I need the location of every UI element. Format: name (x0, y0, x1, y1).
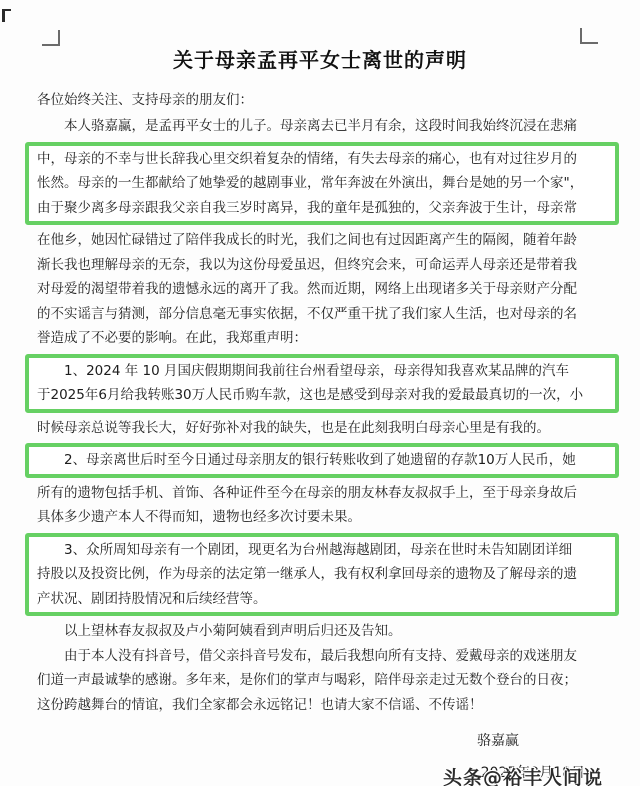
body-line: 时候母亲总说等我长大，好好弥补对我的缺失，也是在此刻我明白母亲心里是有我的。 (37, 416, 607, 441)
document-body: 本人骆嘉赢，是孟再平女士的儿子。母亲离去已半月有余，这段时间我始终沉浸在悲痛中，… (37, 114, 607, 717)
body-line: 誉造成了不必要的影响。在此，我郑重声明： (37, 326, 607, 351)
body-line: 渐长我也理解母亲的无奈，我以为这份母爱虽迟，但终究会来，可命运弄人母亲还是带着我 (37, 253, 607, 278)
text-block: 以上望林春友叔叔及卢小菊阿姨看到声明后归还及告知。 由于本人没有抖音号，借父亲抖… (37, 619, 607, 717)
body-line: 本人骆嘉赢，是孟再平女士的儿子。母亲离去已半月有余，这段时间我始终沉浸在悲痛 (37, 114, 607, 139)
body-line: 对母爱的渴望带着我的遗憾永远的离开了我。然而近期，网络上出现诸多关于母亲财产分配 (37, 277, 607, 302)
body-line: 2、母亲离世后时至今日通过母亲朋友的银行转账收到了她遗留的存款10万人民币，她 (37, 448, 607, 473)
date-line: 2025年9月18日 头条@裕丰人间说 (37, 761, 607, 786)
body-line: 所有的遗物包括手机、首饰、各种证件至今在母亲的朋友林春友叔叔手上，至于母亲身故后 (37, 481, 607, 506)
body-line: 1、2024 年 10 月国庆假期期间我前往台州看望母亲，母亲得知我喜欢某品牌的… (37, 359, 607, 384)
page-edge-artifact (2, 9, 11, 22)
body-line: 这份跨越舞台的情谊，我们全家都会永远铭记！也请大家不信谣、不传谣！ (37, 693, 607, 718)
text-block: 所有的遗物包括手机、首饰、各种证件至今在母亲的朋友林春友叔叔手上，至于母亲身故后… (37, 481, 607, 530)
document-content: 各位始终关注、支持母亲的朋友们： 本人骆嘉赢，是孟再平女士的儿子。母亲离去已半月… (0, 73, 640, 786)
body-line: 中，母亲的不幸与世长辞我心里交织着复杂的情绪，有失去母亲的痛心，也有对过往岁月的 (37, 147, 607, 172)
signature-name: 骆嘉赢 (37, 729, 607, 754)
highlighted-block: 2、母亲离世后时至今日通过母亲朋友的银行转账收到了她遗留的存款10万人民币，她 (25, 443, 619, 478)
document-title: 关于母亲孟再平女士离世的声明 (0, 0, 640, 73)
body-line: 以上望林春友叔叔及卢小菊阿姨看到声明后归还及告知。 (37, 619, 607, 644)
text-block: 时候母亲总说等我长大，好好弥补对我的缺失，也是在此刻我明白母亲心里是有我的。 (37, 416, 607, 441)
margin-corner-mark-right (580, 28, 598, 44)
body-line: 产状况、剧团持股情况和后续经营等。 (37, 587, 607, 612)
body-line: 于2025年6月给我转账30万人民币购车款，这也是感受到母亲对我的爱最最真切的一… (37, 383, 607, 408)
body-line: 3、众所周知母亲有一个剧团，现更名为台州越海越剧团，母亲在世时未告知剧团详细 (37, 538, 607, 563)
highlighted-block: 中，母亲的不幸与世长辞我心里交织着复杂的情绪，有失去母亲的痛心，也有对过往岁月的… (25, 142, 619, 226)
highlighted-block: 1、2024 年 10 月国庆假期期间我前往台州看望母亲，母亲得知我喜欢某品牌的… (25, 354, 619, 413)
body-line: 持股以及投资比例，作为母亲的法定第一继承人，我有权利拿回母亲的遗物及了解母亲的遗 (37, 562, 607, 587)
body-line: 具体多少遗产本人不得而知，遗物也经多次讨要未果。 (37, 505, 607, 530)
body-line: 由于聚少离多母亲跟我父亲自我三岁时离异，我的童年是孤独的，父亲奔波于生计，母亲常 (37, 196, 607, 221)
toutiao-watermark: 头条@裕丰人间说 (443, 766, 603, 786)
highlighted-block: 3、众所周知母亲有一个剧团，现更名为台州越海越剧团，母亲在世时未告知剧团详细持股… (25, 533, 619, 617)
salutation-line: 各位始终关注、支持母亲的朋友们： (37, 88, 607, 113)
margin-corner-mark-left (42, 30, 60, 46)
body-line: 的不实谣言与猜测，部分信息毫无事实依据，不仅严重干扰了我们家人生活，也对母亲的名 (37, 302, 607, 327)
body-line: 们道一声最诚挚的感谢。多年来，是你们的掌声与喝彩，陪伴母亲走过无数个登台的日夜； (37, 668, 607, 693)
body-line: 怅然。母亲的一生都献给了她挚爱的越剧事业，常年奔波在外演出，舞台是她的另一个家"… (37, 171, 607, 196)
text-block: 在他乡，她因忙碌错过了陪伴我成长的时光，我们之间也有过因距离产生的隔阂，随着年龄… (37, 228, 607, 351)
body-line: 由于本人没有抖音号，借父亲抖音号发布，最后我想向所有支持、爱戴母亲的戏迷朋友 (37, 644, 607, 669)
statement-document-page: 关于母亲孟再平女士离世的声明 各位始终关注、支持母亲的朋友们： 本人骆嘉赢，是孟… (0, 0, 640, 786)
text-block: 本人骆嘉赢，是孟再平女士的儿子。母亲离去已半月有余，这段时间我始终沉浸在悲痛 (37, 114, 607, 139)
body-line: 在他乡，她因忙碌错过了陪伴我成长的时光，我们之间也有过因距离产生的隔阂，随着年龄 (37, 228, 607, 253)
